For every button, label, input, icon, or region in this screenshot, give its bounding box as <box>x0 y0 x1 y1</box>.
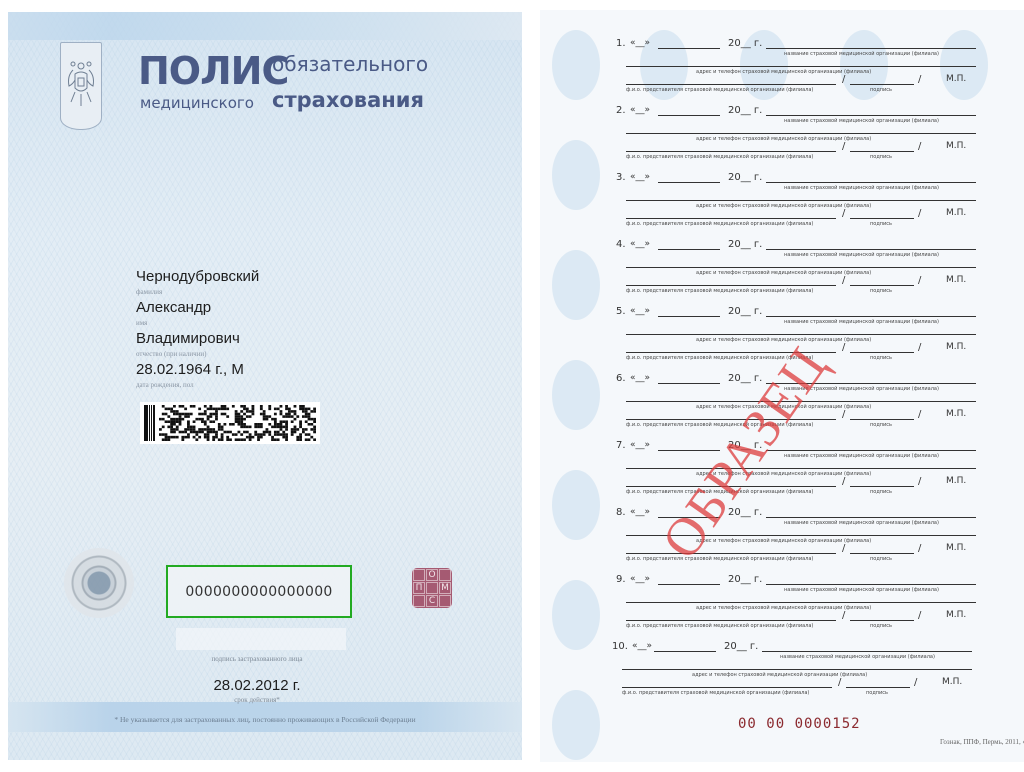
org-name-label: название страховой медицинской организац… <box>780 654 935 660</box>
serial-number: 00 00 0000152 <box>738 716 861 732</box>
entry-number: 1. <box>616 38 626 49</box>
seal-place-label: М.П. <box>942 677 962 687</box>
seal-place-label: М.П. <box>946 543 966 553</box>
signature-area <box>176 628 346 650</box>
guilloche-blob <box>552 250 600 320</box>
slash-divider: / <box>918 74 921 85</box>
entry-number: 10. <box>612 641 628 652</box>
seal-place-label: М.П. <box>946 342 966 352</box>
org-name-label: название страховой медицинской организац… <box>784 252 939 258</box>
seal-place-label: М.П. <box>946 610 966 620</box>
org-address-field[interactable] <box>626 133 976 134</box>
oms-logo-cell: П <box>413 582 425 594</box>
seal-place-label: М.П. <box>946 141 966 151</box>
signature-label: подпись <box>866 690 888 696</box>
rep-name-field[interactable] <box>626 553 836 554</box>
signature-label: подпись застрахованного лица <box>0 655 514 663</box>
slash-divider: / <box>918 476 921 487</box>
rep-name-field[interactable] <box>626 84 836 85</box>
org-name-field[interactable] <box>766 517 976 518</box>
rep-signature-field[interactable] <box>850 285 914 286</box>
pdf417-barcode <box>140 402 320 444</box>
org-name-field[interactable] <box>766 450 976 451</box>
rep-signature-field[interactable] <box>850 84 914 85</box>
valid-until-value: 28.02.2012 г. <box>0 678 514 693</box>
entry-year-field[interactable]: 20__ г. <box>724 641 758 652</box>
insurer-entry-row: 4. «__» 20__ г. название страховой медиц… <box>616 239 1024 305</box>
entry-day-field[interactable]: «__» <box>630 574 650 584</box>
entry-day-field[interactable]: «__» <box>630 440 650 450</box>
rep-name-field[interactable] <box>626 218 836 219</box>
org-name-label: название страховой медицинской организац… <box>784 520 939 526</box>
entry-month-field[interactable] <box>654 651 716 652</box>
seal-place-label: М.П. <box>946 74 966 84</box>
org-name-field[interactable] <box>766 48 976 49</box>
rep-name-field[interactable] <box>626 151 836 152</box>
org-address-field[interactable] <box>626 200 976 201</box>
rep-signature-field[interactable] <box>850 352 914 353</box>
seal-place-label: М.П. <box>946 208 966 218</box>
guilloche-blob <box>552 580 600 650</box>
insurer-entry-row: 9. «__» 20__ г. название страховой медиц… <box>616 574 1024 640</box>
org-address-field[interactable] <box>626 468 976 469</box>
oms-logo-cell <box>413 595 425 607</box>
birthdate-sex-value: 28.02.1964 г., М <box>136 362 244 377</box>
slash-divider: / <box>838 677 841 688</box>
entry-day-field[interactable]: «__» <box>630 239 650 249</box>
guilloche-blob <box>552 30 600 100</box>
slash-divider: / <box>842 543 845 554</box>
entry-number: 7. <box>616 440 626 451</box>
org-address-field[interactable] <box>626 602 976 603</box>
entry-number: 5. <box>616 306 626 317</box>
birthdate-sex-label: дата рождения, пол <box>136 382 194 389</box>
org-name-label: название страховой медицинской организац… <box>784 118 939 124</box>
rep-name-field[interactable] <box>622 687 832 688</box>
seal-place-label: М.П. <box>946 476 966 486</box>
entry-day-field[interactable]: «__» <box>630 38 650 48</box>
entry-month-field[interactable] <box>658 182 720 183</box>
slash-divider: / <box>842 208 845 219</box>
org-address-field[interactable] <box>626 267 976 268</box>
surname-label: фамилия <box>136 289 162 296</box>
oms-logo-cell: С <box>426 595 438 607</box>
entry-day-field[interactable]: «__» <box>632 641 652 651</box>
slash-divider: / <box>918 275 921 286</box>
org-name-field[interactable] <box>762 651 972 652</box>
title-obligatory: обязательного <box>272 54 428 74</box>
signature-label: подпись <box>870 288 892 294</box>
signature-label: подпись <box>870 221 892 227</box>
slash-divider: / <box>918 342 921 353</box>
oms-logo-cell <box>426 582 438 594</box>
barcode-start-pattern <box>144 405 156 441</box>
slash-divider: / <box>842 275 845 286</box>
first-name-label: имя <box>136 320 147 327</box>
slash-divider: / <box>842 74 845 85</box>
entry-day-field[interactable]: «__» <box>630 105 650 115</box>
org-name-field[interactable] <box>766 584 976 585</box>
entry-month-field[interactable] <box>658 316 720 317</box>
guilloche-blob <box>552 360 600 430</box>
oms-logo-cell: О <box>426 569 438 581</box>
entry-number: 8. <box>616 507 626 518</box>
title-medical: медицинского <box>140 96 254 111</box>
first-name-value: Александр <box>136 300 211 315</box>
signature-label: подпись <box>870 556 892 562</box>
hologram-seal-icon <box>64 548 134 618</box>
seal-place-label: М.П. <box>946 409 966 419</box>
org-name-label: название страховой медицинской организац… <box>784 51 939 57</box>
org-name-field[interactable] <box>766 115 976 116</box>
coat-of-arms-icon <box>60 42 102 130</box>
rep-name-label: ф.и.о. представителя страховой медицинск… <box>622 690 809 696</box>
patronymic-label: отчество (при наличии) <box>136 351 207 358</box>
footnote: * Не указывается для застрахованных лиц,… <box>8 715 522 724</box>
patronymic-value: Владимирович <box>136 331 240 346</box>
signature-label: подпись <box>870 422 892 428</box>
org-name-label: название страховой медицинской организац… <box>784 453 939 459</box>
org-address-field[interactable] <box>626 66 976 67</box>
decorative-band-top <box>8 12 522 40</box>
signature-label: подпись <box>870 154 892 160</box>
insurer-entry-row: 2. «__» 20__ г. название страховой медиц… <box>616 105 1024 171</box>
entry-month-field[interactable] <box>658 48 720 49</box>
rep-name-label: ф.и.о. представителя страховой медицинск… <box>626 221 813 227</box>
title-polis: ПОЛИС <box>138 52 288 90</box>
slash-divider: / <box>842 610 845 621</box>
title-insurance: страхования <box>272 90 424 111</box>
slash-divider: / <box>842 409 845 420</box>
guilloche-blob <box>552 470 600 540</box>
slash-divider: / <box>842 476 845 487</box>
seal-place-label: М.П. <box>946 275 966 285</box>
org-name-label: название страховой медицинской организац… <box>784 319 939 325</box>
rep-name-label: ф.и.о. представителя страховой медицинск… <box>626 288 813 294</box>
surname-value: Чернодубровский <box>136 269 259 284</box>
entry-number: 6. <box>616 373 626 384</box>
rep-name-field[interactable] <box>626 285 836 286</box>
slash-divider: / <box>918 208 921 219</box>
entry-month-field[interactable] <box>658 249 720 250</box>
rep-signature-field[interactable] <box>850 419 914 420</box>
rep-name-label: ф.и.о. представителя страховой медицинск… <box>626 87 813 93</box>
org-name-field[interactable] <box>766 182 976 183</box>
entry-day-field[interactable]: «__» <box>630 373 650 383</box>
entry-month-field[interactable] <box>658 584 720 585</box>
entry-year-field[interactable]: 20__ г. <box>728 172 762 183</box>
signature-label: подпись <box>870 489 892 495</box>
entry-day-field[interactable]: «__» <box>630 172 650 182</box>
rep-signature-field[interactable] <box>850 620 914 621</box>
signature-label: подпись <box>870 355 892 361</box>
entry-month-field[interactable] <box>658 115 720 116</box>
slash-divider: / <box>918 543 921 554</box>
entry-year-field[interactable]: 20__ г. <box>728 239 762 250</box>
insurer-entry-row: 3. «__» 20__ г. название страховой медиц… <box>616 172 1024 238</box>
policy-number-box: 0000000000000000 <box>166 565 352 618</box>
rep-signature-field[interactable] <box>850 151 914 152</box>
entry-year-field[interactable]: 20__ г. <box>728 574 762 585</box>
valid-until-label: срок действия* <box>0 696 514 704</box>
rep-name-field[interactable] <box>626 620 836 621</box>
entry-year-field[interactable]: 20__ г. <box>728 105 762 116</box>
entry-day-field[interactable]: «__» <box>630 507 650 517</box>
oms-logo-cell: М <box>439 582 451 594</box>
oms-logo-cell <box>413 569 425 581</box>
org-name-label: название страховой медицинской организац… <box>784 587 939 593</box>
rep-name-label: ф.и.о. представителя страховой медицинск… <box>626 556 813 562</box>
oms-logo-icon: ОПМС <box>412 568 452 608</box>
rep-name-label: ф.и.о. представителя страховой медицинск… <box>626 623 813 629</box>
org-name-label: название страховой медицинской организац… <box>784 185 939 191</box>
slash-divider: / <box>842 141 845 152</box>
oms-logo-cell <box>439 595 451 607</box>
rep-signature-field[interactable] <box>850 553 914 554</box>
printer-imprint: Гознак, ППФ, Пермь, 2011, «В <box>940 738 1024 746</box>
guilloche-blob <box>552 140 600 210</box>
slash-divider: / <box>842 342 845 353</box>
entry-day-field[interactable]: «__» <box>630 306 650 316</box>
entry-year-field[interactable]: 20__ г. <box>728 306 762 317</box>
org-address-field[interactable] <box>626 334 976 335</box>
entry-number: 4. <box>616 239 626 250</box>
org-name-field[interactable] <box>766 316 976 317</box>
entry-month-field[interactable] <box>658 383 720 384</box>
slash-divider: / <box>918 141 921 152</box>
oms-logo-cell <box>439 569 451 581</box>
rep-signature-field[interactable] <box>850 486 914 487</box>
guilloche-blob <box>552 690 600 760</box>
rep-signature-field[interactable] <box>850 218 914 219</box>
entry-number: 9. <box>616 574 626 585</box>
insurer-entry-row: 1. «__» 20__ г. название страховой медиц… <box>616 38 1024 104</box>
entry-year-field[interactable]: 20__ г. <box>728 38 762 49</box>
org-name-field[interactable] <box>766 249 976 250</box>
barcode-matrix <box>159 405 316 441</box>
slash-divider: / <box>914 677 917 688</box>
slash-divider: / <box>918 610 921 621</box>
insurer-entry-row: 10. «__» 20__ г. название страховой меди… <box>612 641 1024 707</box>
entry-number: 3. <box>616 172 626 183</box>
org-address-field[interactable] <box>622 669 972 670</box>
slash-divider: / <box>918 409 921 420</box>
rep-signature-field[interactable] <box>846 687 910 688</box>
signature-label: подпись <box>870 87 892 93</box>
entry-number: 2. <box>616 105 626 116</box>
policy-number: 0000000000000000 <box>185 584 332 600</box>
signature-label: подпись <box>870 623 892 629</box>
rep-name-label: ф.и.о. представителя страховой медицинск… <box>626 154 813 160</box>
